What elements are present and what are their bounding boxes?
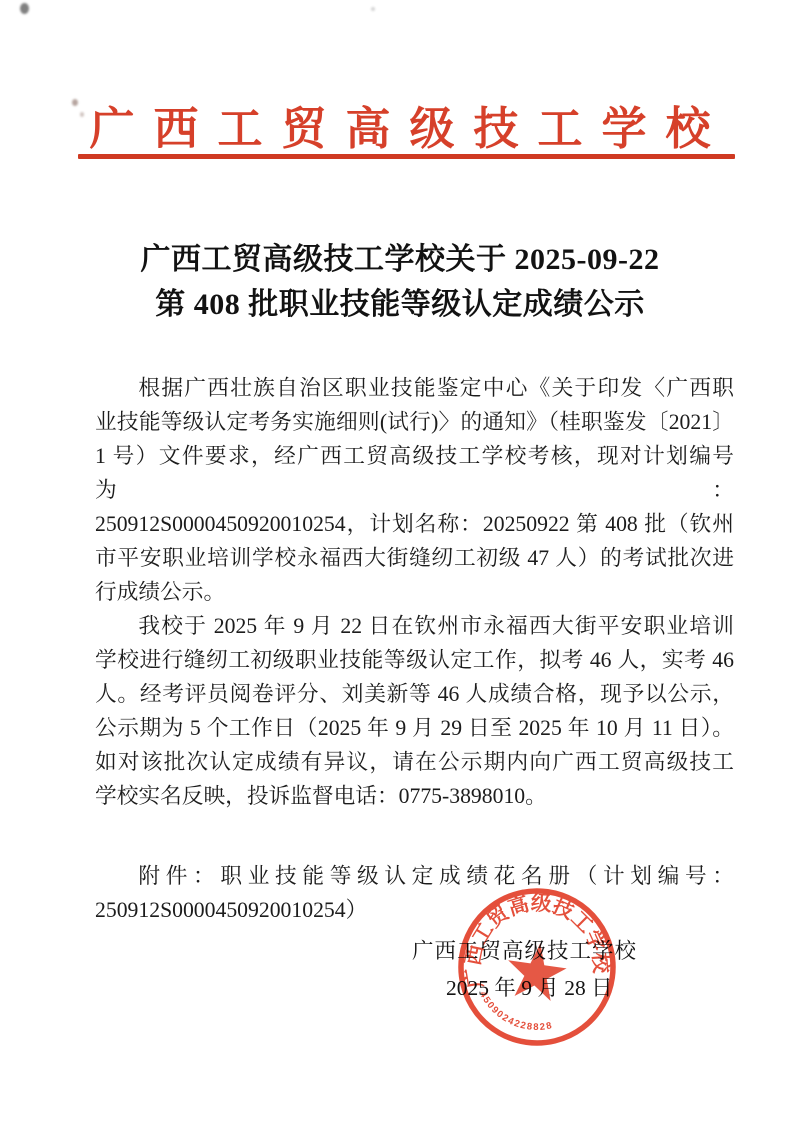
text-line: 250912S0000450920010254，计划名称：20250922 第 … bbox=[95, 507, 734, 541]
text-line: 我校于 2025 年 9 月 22 日在钦州市永福西大街平安职业培训 bbox=[95, 609, 734, 643]
letterhead-divider bbox=[78, 154, 735, 159]
text-line: 业技能等级认定考务实施细则(试行)〉的通知》（桂职鉴发〔2021〕 bbox=[95, 405, 734, 439]
text-line: 公示期为 5 个工作日（2025 年 9 月 29 日至 2025 年 10 月… bbox=[95, 711, 734, 745]
seal-star bbox=[503, 939, 569, 1002]
text-line: 附件：职业技能等级认定成绩花名册（计划编号： bbox=[95, 859, 734, 893]
notice-title-line1: 广西工贸高级技工学校关于 2025-09-22 bbox=[0, 237, 800, 282]
notice-title-line2: 第 408 批职业技能等级认定成绩公示 bbox=[0, 282, 800, 327]
notice-body: 根据广西壮族自治区职业技能鉴定中心《关于印发〈广西职业技能等级认定考务实施细则(… bbox=[95, 371, 734, 927]
text-line: 250912S0000450920010254） bbox=[95, 893, 734, 927]
paragraph-results: 我校于 2025 年 9 月 22 日在钦州市永福西大街平安职业培训学校进行缝纫… bbox=[95, 609, 734, 813]
paragraph-basis: 根据广西壮族自治区职业技能鉴定中心《关于印发〈广西职业技能等级认定考务实施细则(… bbox=[95, 371, 734, 609]
text-line: 1 号）文件要求，经广西工贸高级技工学校考核，现对计划编号为： bbox=[95, 439, 734, 507]
text-line: 人。经考评员阅卷评分、刘美新等 46 人成绩合格，现予以公示， bbox=[95, 677, 734, 711]
text-line: 学校实名反映，投诉监督电话：0775-3898010。 bbox=[95, 779, 734, 813]
scanned-notice-page: 广西工贸高级技工学校 广西工贸高级技工学校关于 2025-09-22 第 408… bbox=[0, 0, 800, 1132]
letterhead-school-name: 广西工贸高级技工学校 bbox=[0, 92, 800, 157]
scan-artifact bbox=[20, 3, 29, 14]
text-line: 市平安职业培训学校永福西大街缝纫工初级 47 人）的考试批次进 bbox=[95, 541, 734, 575]
paragraph-attachment: 附件：职业技能等级认定成绩花名册（计划编号：250912S00004509200… bbox=[95, 859, 734, 927]
text-line: 如对该批次认定成绩有异议，请在公示期内向广西工贸高级技工 bbox=[95, 745, 734, 779]
text-line: 行成绩公示。 bbox=[95, 575, 734, 609]
official-seal: 广西工贸高级技工学校 4509024228828 bbox=[453, 883, 621, 1051]
text-line: 根据广西壮族自治区职业技能鉴定中心《关于印发〈广西职 bbox=[95, 371, 734, 405]
notice-title: 广西工贸高级技工学校关于 2025-09-22 第 408 批职业技能等级认定成… bbox=[0, 237, 800, 327]
scan-artifact bbox=[371, 7, 375, 11]
text-line: 学校进行缝纫工初级职业技能等级认定工作，拟考 46 人，实考 46 bbox=[95, 643, 734, 677]
